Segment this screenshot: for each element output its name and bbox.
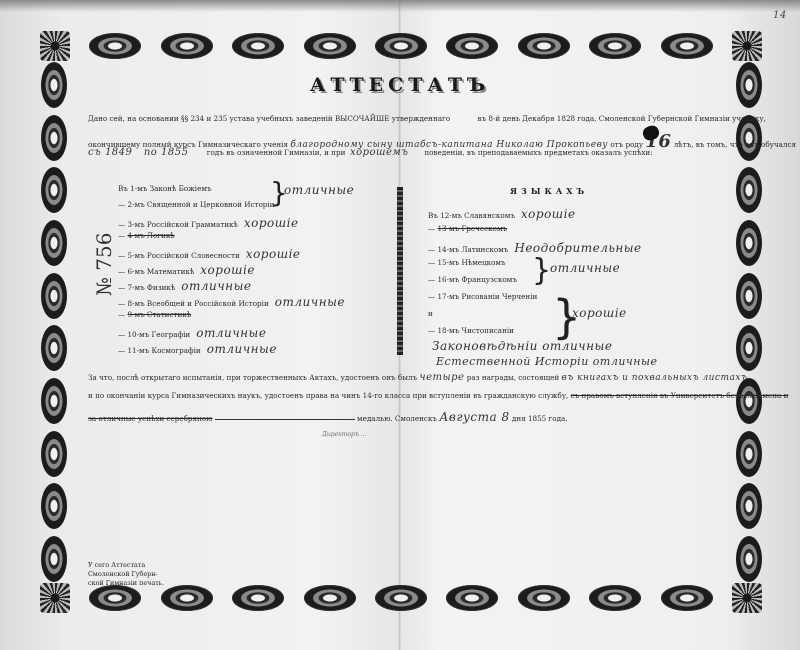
subject-row: — 15-мъ Нѣмецкомъ: [428, 258, 506, 267]
handwritten-conduct: хорошемъ: [350, 147, 408, 158]
border-ornament: [736, 483, 762, 529]
subject-row: — 7-мъ Физикѣотличные: [118, 279, 251, 293]
border-ornament: [232, 585, 284, 611]
border-corner-ornament: [40, 31, 70, 61]
closing-text: За что, послѣ открытаго испытанія, при т…: [88, 373, 417, 382]
border-ornament: [41, 483, 67, 529]
intro-line-1: Дано сей, на основании §§ 234 и 235 уста…: [88, 114, 766, 123]
ornamental-border-left: [38, 62, 70, 582]
subject-row: — 10-мъ Географіиотличные: [118, 326, 266, 340]
border-ornament: [41, 115, 67, 161]
column-divider: [397, 187, 403, 355]
grade-religion-group: отличные: [284, 183, 354, 197]
extra-subject-2: Естественной Исторіи отличные: [436, 355, 657, 368]
border-ornament: [518, 585, 570, 611]
handwritten-award-count: четыре: [419, 372, 464, 383]
subject-label: 2-мъ Священной и Церковной Исторіи: [127, 200, 274, 209]
border-ornament: [446, 585, 498, 611]
subject-label: 17-мъ Рисованіи Черченіи: [437, 292, 537, 301]
handwritten-date: Августа 8: [439, 410, 509, 424]
intro-text: въ 8-й день Декабря 1828 года, Смоленско…: [478, 114, 766, 123]
border-ornament: [41, 325, 67, 371]
border-ornament: [736, 273, 762, 319]
border-ornament: [41, 167, 67, 213]
subject-grade: отличные: [275, 295, 345, 309]
subject-label: 1-мъ Законѣ Божіемъ: [130, 184, 211, 193]
struck-text: за отличные успѣхи серебряною: [88, 414, 212, 423]
handwritten-year-from: съ 1849: [88, 147, 132, 158]
seal-note-line: ской Гимназіи печать.: [88, 579, 164, 588]
subject-row: Въ 12-мъ Славянскомъхорошіе: [428, 207, 576, 221]
closing-line-1: За что, послѣ открытаго испытанія, при т…: [88, 372, 748, 383]
subject-row: — 2-мъ Священной и Церковной Исторіи: [118, 200, 274, 209]
subject-row: — 6-мъ Математикѣхорошіе: [118, 263, 255, 277]
struck-text: съ правомъ вступленія въ Университетъ бе…: [571, 391, 789, 400]
subject-label: 15-мъ Нѣмецкомъ: [437, 258, 505, 267]
languages-heading: ЯЗЫКАХЪ: [510, 186, 588, 196]
border-ornament: [661, 585, 713, 611]
subject-label: 11-мъ Космографіи: [127, 346, 200, 355]
signature: Директоръ ...: [322, 431, 367, 438]
intro-text: годъ въ означенной Гимназіи, и при: [207, 148, 346, 157]
subject-row: — 5-мъ Россійской Словесностихорошіе: [118, 247, 301, 261]
subject-grade: отличные: [181, 279, 251, 293]
subject-label: 9-мъ Статистикѣ: [127, 310, 191, 319]
border-ornament: [41, 431, 67, 477]
border-ornament: [736, 431, 762, 477]
subject-row: и: [428, 309, 433, 318]
subject-row: — 4-мъ Логикѣ: [118, 231, 175, 240]
subject-grade: отличные: [196, 326, 266, 340]
border-ornament: [736, 167, 762, 213]
extra-subject-1: Законовѣдѣніи отличные: [432, 339, 612, 353]
subject-label: 5-мъ Россійской Словесности: [127, 251, 239, 260]
subject-grade: отличные: [207, 342, 277, 356]
subject-label: 6-мъ Математикѣ: [127, 267, 194, 276]
border-corner-ornament: [732, 31, 762, 61]
certificate-title: АТТЕСТАТЪ: [0, 74, 800, 96]
document-scan: 14 АТТЕСТАТЪ Дано сей, на основании §§ 2…: [0, 0, 800, 650]
handwritten-award: въ книгахъ и похвальныхъ листахъ: [562, 373, 748, 383]
subject-row: Въ 1-мъ Законѣ Божіемъ: [118, 184, 212, 193]
border-ornament: [41, 378, 67, 424]
border-ornament: [518, 33, 570, 59]
subject-label: 3-мъ Россійской Грамматикѣ: [127, 220, 237, 229]
subject-prefix: Въ: [428, 211, 440, 220]
closing-line-2: и по окончаніи курса Гимназическихъ наук…: [88, 391, 788, 400]
border-ornament: [736, 378, 762, 424]
subject-row: — 18-мъ Чистописаніи: [428, 326, 514, 335]
subject-label: 13-мъ Греческомъ: [437, 224, 507, 233]
subject-label: 18-мъ Чистописаніи: [437, 326, 513, 335]
intro-text: Дано сей, на основании §§ 234 и 235 уста…: [88, 114, 450, 123]
ornamental-border-top: [40, 30, 762, 62]
border-ornament: [736, 536, 762, 582]
subject-row: — 13-мъ Греческомъ: [428, 224, 507, 233]
brace-languages: }: [532, 253, 551, 288]
border-ornament: [41, 536, 67, 582]
subject-label: 10-мъ Географіи: [127, 330, 190, 339]
border-ornament: [304, 585, 356, 611]
closing-text: раз награды, состоящей: [467, 373, 559, 382]
closing-text: дня 1855 года.: [512, 414, 568, 423]
subject-row: — 17-мъ Рисованіи Черченіи: [428, 292, 537, 301]
border-ornament: [375, 33, 427, 59]
strike-rule: [215, 419, 355, 420]
border-corner-ornament: [732, 583, 762, 613]
subject-row: — 16-мъ Французскомъ: [428, 275, 517, 284]
closing-text: медалью. Смоленскъ: [357, 414, 437, 423]
handwritten-year-to: по 1855: [144, 147, 189, 158]
subject-label: 8-мъ Всеобщей и Россійской Исторіи: [127, 299, 268, 308]
seal-note: У сего АттестатаСмоленской Губерн-ской Г…: [88, 561, 164, 588]
subject-grade: хорошіе: [200, 263, 255, 277]
border-ornament: [736, 325, 762, 371]
border-ornament: [589, 33, 641, 59]
border-ornament: [736, 220, 762, 266]
border-ornament: [161, 33, 213, 59]
subject-label: 16-мъ Французскомъ: [437, 275, 516, 284]
border-ornament: [446, 33, 498, 59]
border-ornament: [589, 585, 641, 611]
intro-line-3: съ 1849 по 1855 годъ въ означенной Гимна…: [88, 147, 653, 158]
page-number: 14: [773, 10, 787, 21]
border-ornament: [41, 273, 67, 319]
closing-line-3: за отличные успѣхи серебряною медалью. С…: [88, 410, 568, 424]
border-corner-ornament: [40, 583, 70, 613]
subject-label: 4-мъ Логикѣ: [127, 231, 174, 240]
subject-grade: хорошіе: [521, 207, 576, 221]
border-ornament: [375, 585, 427, 611]
subject-prefix: Въ: [118, 184, 130, 193]
seal-note-line: У сего Аттестата: [88, 561, 164, 570]
subject-row: — 11-мъ Космографіиотличные: [118, 342, 277, 356]
closing-text: и по окончаніи курса Гимназическихъ наук…: [88, 391, 568, 400]
subject-label: 12-мъ Славянскомъ: [440, 211, 515, 220]
registry-number-text: № 756: [92, 233, 116, 296]
border-ornament: [41, 220, 67, 266]
subject-row: — 9-мъ Статистикѣ: [118, 310, 191, 319]
subject-grade: хорошіе: [246, 247, 301, 261]
subject-row: — 3-мъ Россійской Грамматикѣхорошіе: [118, 216, 299, 230]
grade-drawing-group: хорошіе: [572, 306, 627, 320]
subject-label: 14-мъ Латинскомъ: [437, 245, 508, 254]
border-ornament: [89, 585, 141, 611]
intro-text: поведеніи, въ преподаваемыхъ предметахъ …: [424, 148, 652, 157]
border-ornament: [304, 33, 356, 59]
intro-text: лѣтъ, въ томъ, что онъ обучался: [674, 140, 796, 149]
border-ornament: [232, 33, 284, 59]
seal-note-line: Смоленской Губерн-: [88, 570, 164, 579]
subject-grade: хорошіе: [244, 216, 299, 230]
border-ornament: [661, 33, 713, 59]
subject-row: — 8-мъ Всеобщей и Россійской Исторіиотли…: [118, 295, 345, 309]
registry-number: № 756: [92, 233, 116, 296]
border-ornament: [89, 33, 141, 59]
subject-label: и: [428, 309, 433, 318]
grade-languages-group: отличные: [550, 261, 620, 275]
border-ornament: [161, 585, 213, 611]
subject-label: 7-мъ Физикѣ: [127, 283, 175, 292]
